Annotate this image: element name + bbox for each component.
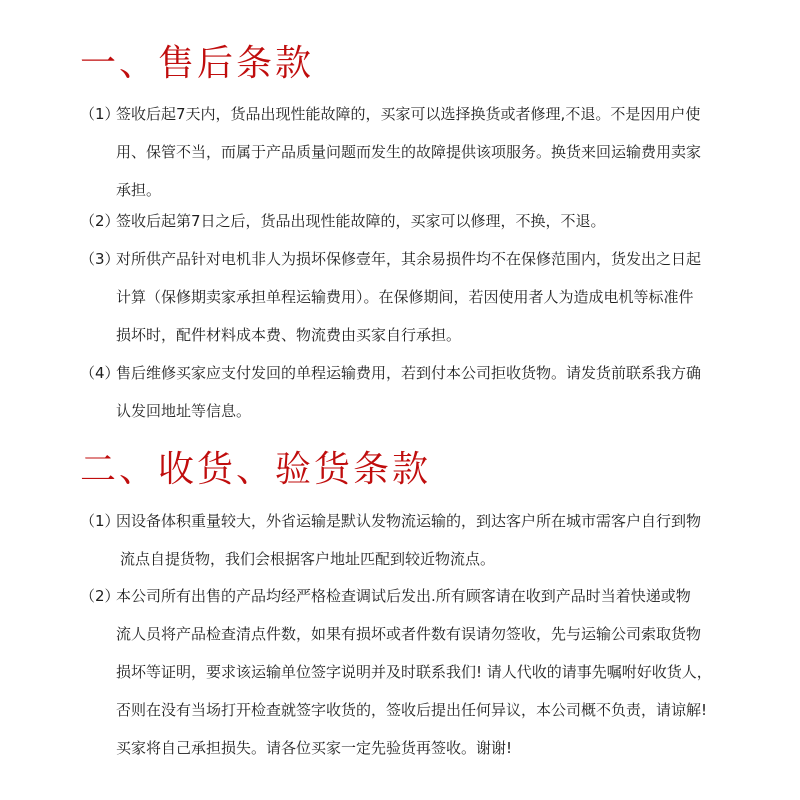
clause-number: （1） bbox=[80, 95, 116, 133]
clause-text-line: 签收后起第7日之后，货品出现性能故障的，买家可以修理，不换，不退。 bbox=[116, 212, 606, 230]
clause-receiving-2: （2）本公司所有出售的产品均经严格检查调试后发出.所有顾客请在收到产品时当着快递… bbox=[80, 577, 740, 767]
clause-text-line: 计算（保修期卖家承担单程运输费用）。在保修期间，若因使用者人为造成电机等标准件 bbox=[80, 278, 740, 316]
document-page: 一、售后条款 （1）签收后起7天内，货品出现性能故障的，买家可以选择换货或者修理… bbox=[0, 0, 800, 800]
clause-text-line: 流人员将产品检查清点件数，如果有损坏或者件数有误请勿签收，先与运输公司索取货物 bbox=[80, 615, 740, 653]
clause-after-sales-1: （1）签收后起7天内，货品出现性能故障的，买家可以选择换货或者修理,不退。不是因… bbox=[80, 95, 740, 209]
clause-after-sales-4: （4）售后维修买家应支付发回的单程运输费用，若到付本公司拒收货物。请发货前联系我… bbox=[80, 354, 740, 430]
clause-text-line: 损坏时，配件材料成本费、物流费由买家自行承担。 bbox=[80, 316, 740, 354]
clause-after-sales-3: （3）对所供产品针对电机非人为损坏保修壹年，其余易损件均不在保修范围内，货发出之… bbox=[80, 240, 740, 354]
clause-text-line: 否则在没有当场打开检查就签字收货的，签收后提出任何异议，本公司概不负责，请谅解! bbox=[80, 691, 740, 729]
clause-number: （2） bbox=[80, 577, 116, 615]
clause-number: （1） bbox=[80, 502, 116, 540]
clause-text-line: 流点自提货物，我们会根据客户地址匹配到较近物流点。 bbox=[80, 540, 740, 578]
clause-text-line: 损坏等证明，要求该运输单位签字说明并及时联系我们! 请人代收的请事先嘱咐好收货人… bbox=[80, 653, 740, 691]
clause-receiving-1: （1）因设备体积重量较大，外省运输是默认发物流运输的，到达客户所在城市需客户自行… bbox=[80, 502, 740, 578]
clause-number: （3） bbox=[80, 240, 116, 278]
clause-text-line: 认发回地址等信息。 bbox=[80, 392, 740, 430]
clause-after-sales-2: （2）签收后起第7日之后，货品出现性能故障的，买家可以修理，不换，不退。 bbox=[80, 202, 740, 240]
clause-text-line: 用、保管不当，而属于产品质量问题而发生的故障提供该项服务。换货来回运输费用卖家 bbox=[80, 133, 740, 171]
clause-text-line: 本公司所有出售的产品均经严格检查调试后发出.所有顾客请在收到产品时当着快递或物 bbox=[116, 587, 691, 605]
clause-text-line: 买家将自己承担损失。请各位买家一定先验货再签收。谢谢! bbox=[80, 729, 740, 767]
clause-text-line: 因设备体积重量较大，外省运输是默认发物流运输的，到达客户所在城市需客户自行到物 bbox=[116, 512, 701, 530]
section-title-after-sales: 一、售后条款 bbox=[80, 42, 314, 86]
clause-text-line: 对所供产品针对电机非人为损坏保修壹年，其余易损件均不在保修范围内，货发出之日起 bbox=[116, 250, 701, 268]
clause-number: （2） bbox=[80, 202, 116, 240]
section-title-receiving-inspection: 二、收货、验货条款 bbox=[80, 448, 431, 492]
clause-text-line: 售后维修买家应支付发回的单程运输费用，若到付本公司拒收货物。请发货前联系我方确 bbox=[116, 364, 701, 382]
clause-number: （4） bbox=[80, 354, 116, 392]
clause-text-line: 签收后起7天内，货品出现性能故障的，买家可以选择换货或者修理,不退。不是因用户使 bbox=[116, 105, 700, 123]
